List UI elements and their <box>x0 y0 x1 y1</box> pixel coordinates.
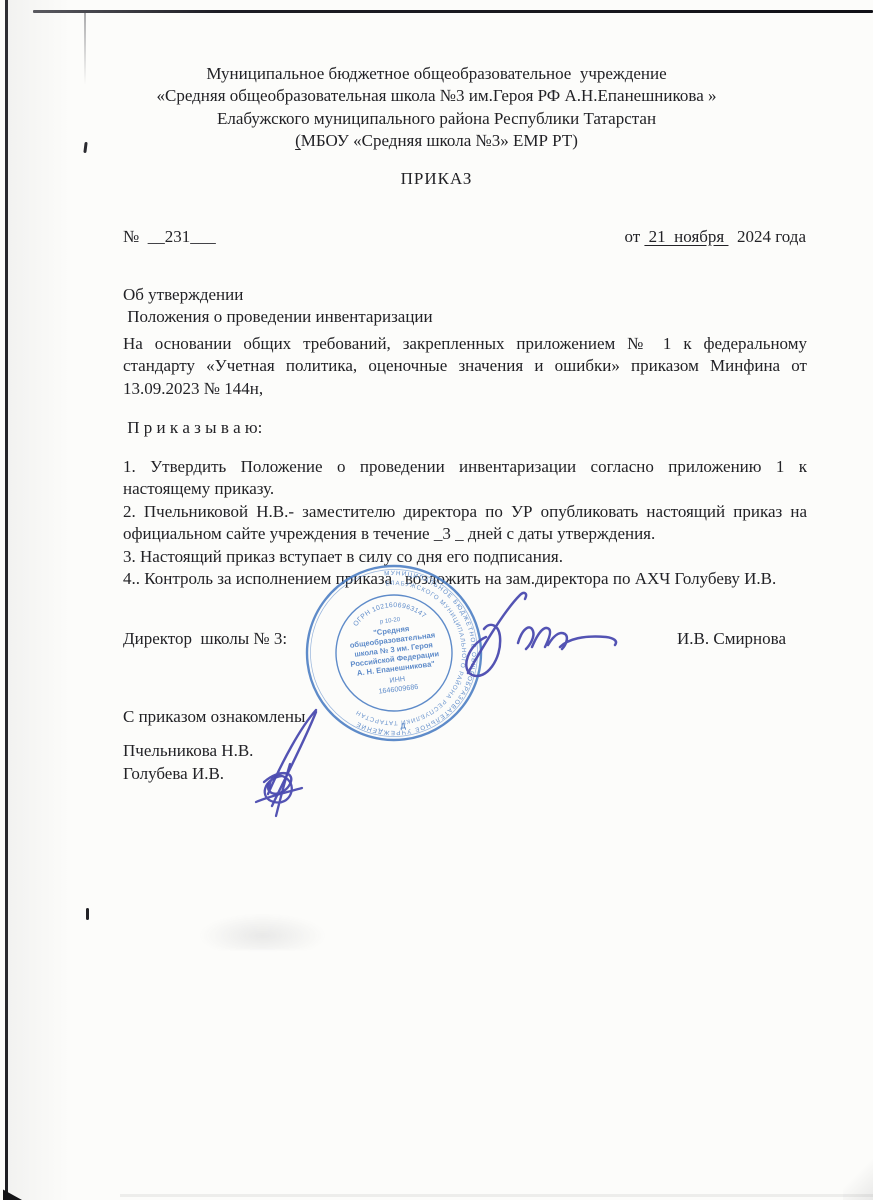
number-date-row: № __231___ от 21 ноября 2024 года <box>123 227 806 247</box>
acknowledgement-signature-2 <box>240 758 335 820</box>
letterhead: Муниципальное бюджетное общеобразователь… <box>0 63 873 153</box>
order-date: от 21 ноября 2024 года <box>624 227 806 247</box>
preamble-paragraph: На основании общих требований, закреплен… <box>123 333 807 400</box>
acknowledged-name: Пчельникова Н.В. <box>123 741 253 761</box>
scan-corner-shade <box>843 1135 873 1200</box>
director-signature <box>448 585 628 680</box>
scanned-order-page: Муниципальное бюджетное общеобразователь… <box>0 0 873 1200</box>
subject-line-1: Об утверждении <box>123 284 433 306</box>
director-name: И.В. Смирнова <box>677 629 786 649</box>
org-name-line-3: Елабужского муниципального района Респуб… <box>0 108 873 130</box>
preamble-line: На основании общих требований, закреплен… <box>123 333 807 355</box>
stamp-inn-number: 1646009686 <box>378 682 419 696</box>
order-verb: П р и к а з ы в а ю: <box>123 418 262 438</box>
order-item-line: 1. Утвердить Положение о проведении инве… <box>123 456 807 478</box>
date-tail: 2024 года <box>728 227 806 246</box>
stamp-reg-text: р 10-20 <box>380 617 402 626</box>
order-item-line: официальном сайте учреждения в течение _… <box>123 523 807 545</box>
scan-bottom-edge-line <box>120 1194 873 1197</box>
director-title-label: Директор школы № 3: <box>123 629 287 649</box>
scan-top-edge-line <box>33 10 873 13</box>
preamble-line: 13.09.2023 № 144н, <box>123 378 807 400</box>
org-name-line-1: Муниципальное бюджетное общеобразователь… <box>0 63 873 85</box>
preamble-line: стандарту «Учетная политика, оценочные з… <box>123 355 807 377</box>
order-item-line: настоящему приказу. <box>123 478 807 500</box>
scan-ink-smudge <box>200 914 325 950</box>
date-prefix: от <box>624 227 644 246</box>
org-abbr-text: МБОУ «Средняя школа №3» ЕМР РТ) <box>301 131 578 150</box>
org-name-line-4: (МБОУ «Средняя школа №3» ЕМР РТ) <box>0 130 873 152</box>
order-number: № __231___ <box>123 227 216 247</box>
org-name-line-2: «Средняя общеобразовательная школа №3 им… <box>0 85 873 107</box>
order-item-line: 2. Пчельниковой Н.В.- заместителю директ… <box>123 501 807 523</box>
document-type-title: ПРИКАЗ <box>0 169 873 189</box>
acknowledged-name: Голубева И.В. <box>123 764 224 784</box>
stamp-bottom-glyph: Д <box>400 721 407 731</box>
scan-mark-lower <box>86 908 89 920</box>
date-underlined: 21 ноября <box>644 227 728 246</box>
subject-block: Об утверждении Положения о проведении ин… <box>123 284 433 329</box>
subject-line-2: Положения о проведении инвентаризации <box>123 306 433 328</box>
